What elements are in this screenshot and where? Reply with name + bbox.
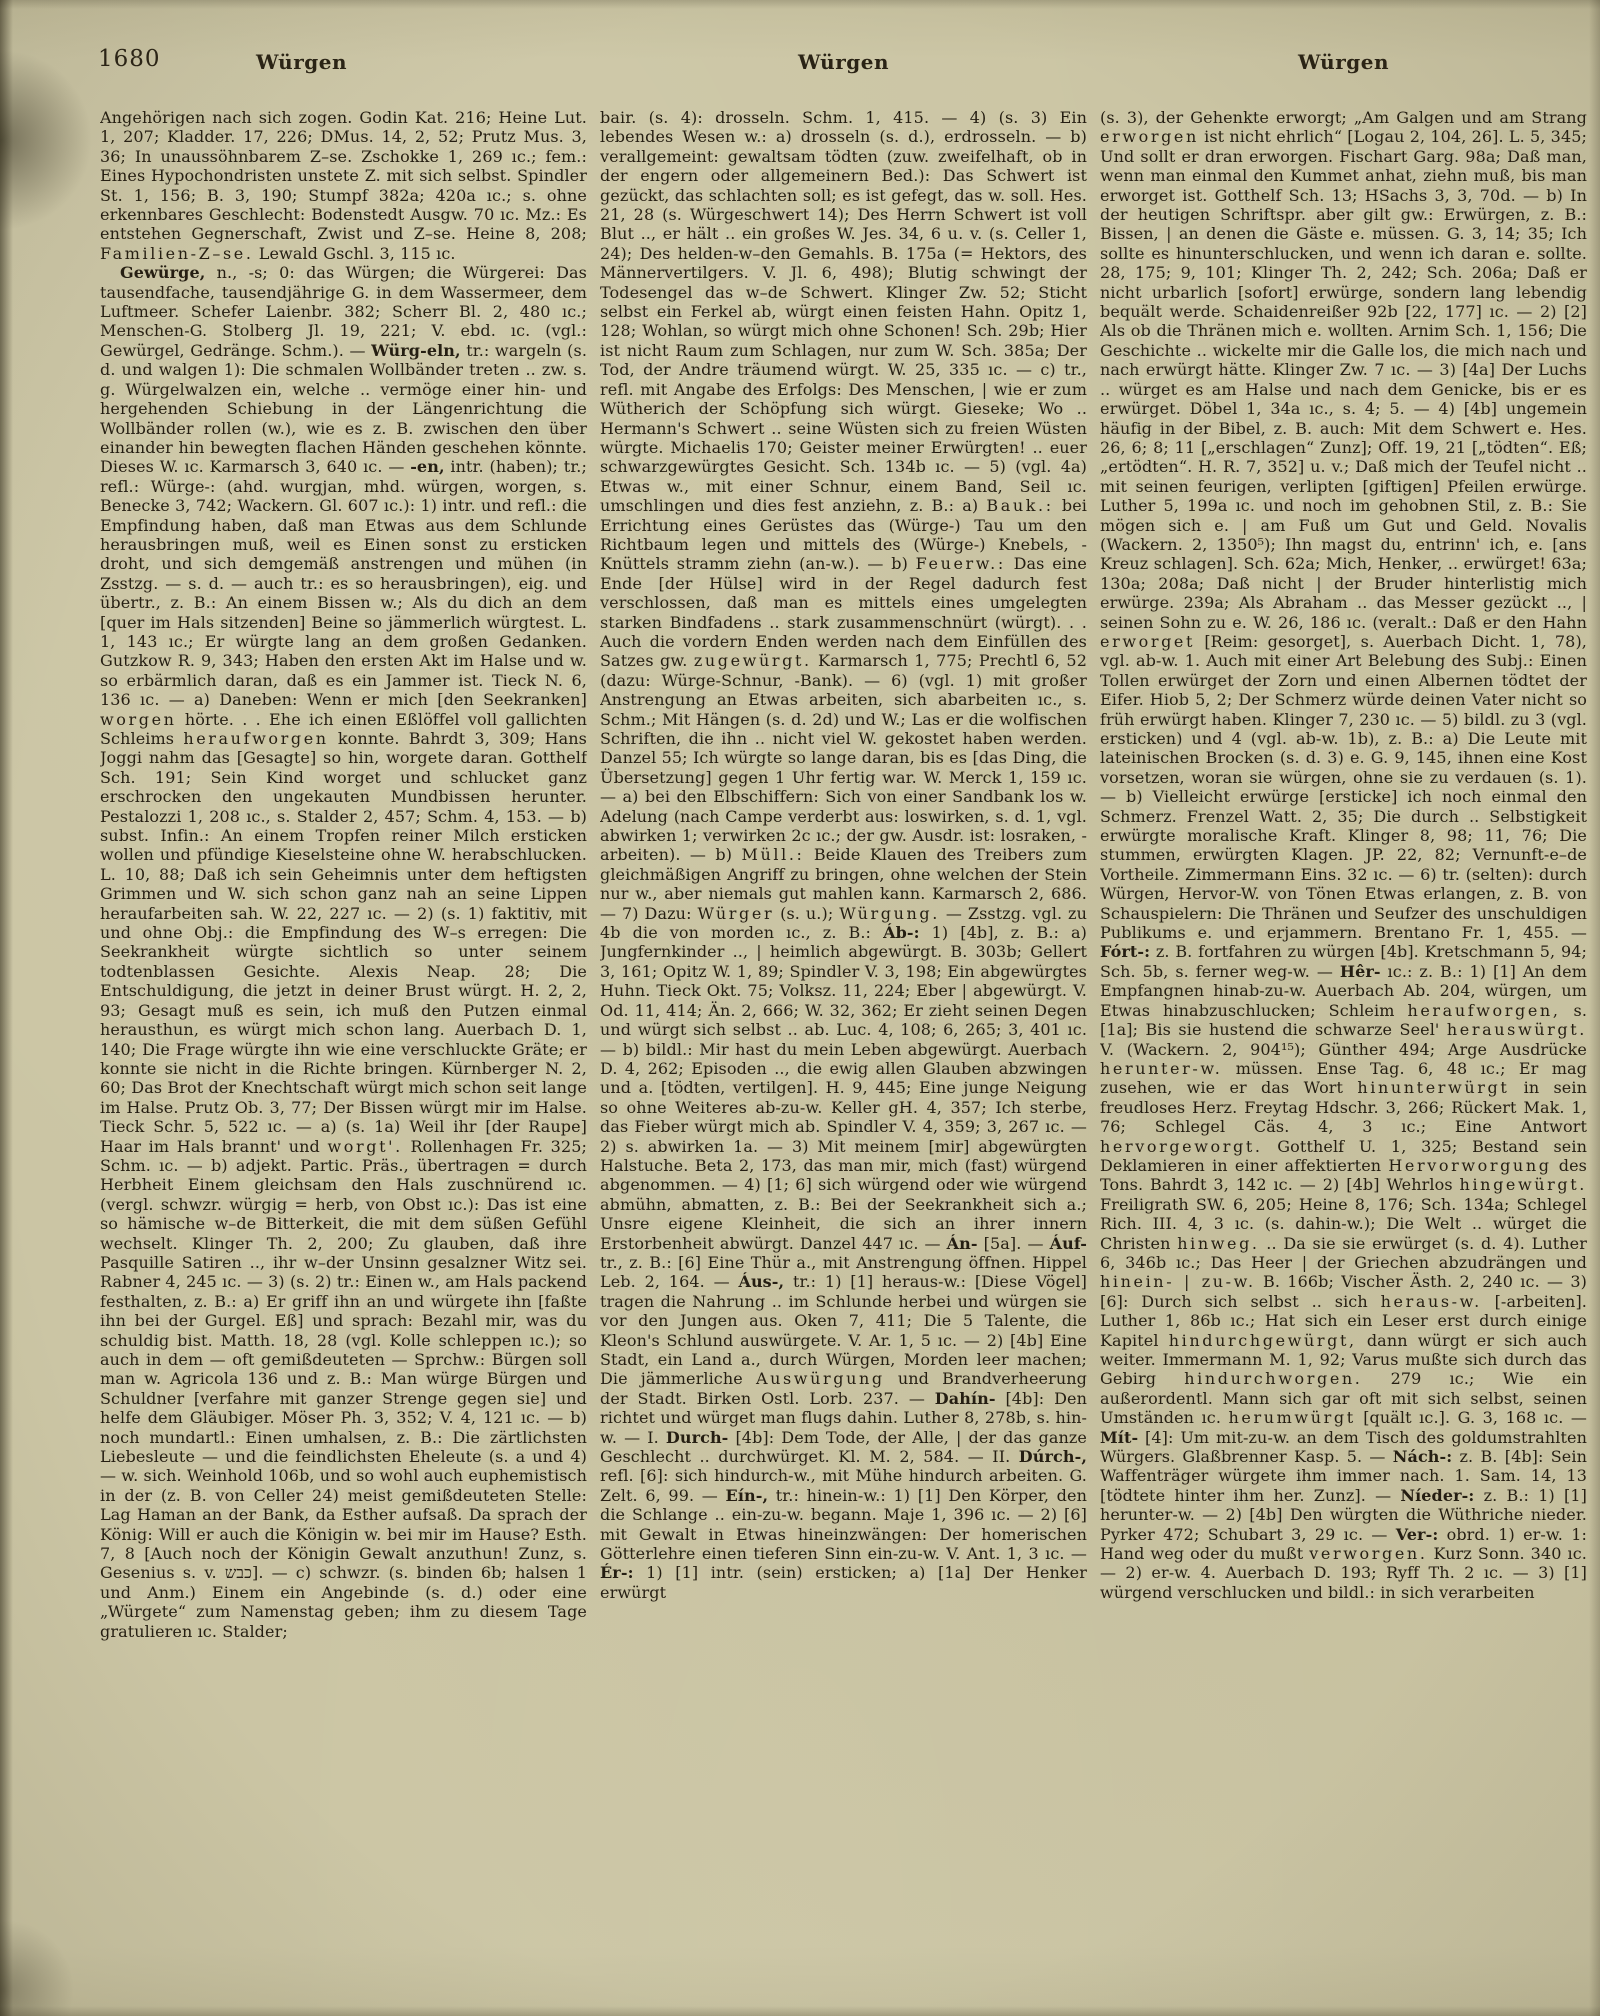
text-run: Würgung. xyxy=(839,904,940,923)
text-run: erworgen xyxy=(1100,127,1199,146)
text-run: Familien-Z–se. xyxy=(100,244,254,263)
paragraph: Gewürge, n., -s; 0: das Würgen; die Würg… xyxy=(100,263,587,1641)
entry-headword: Ver-: xyxy=(1396,1525,1439,1544)
text-run: Bauk.: xyxy=(986,496,1053,515)
text-run: hinein- | zu-w. xyxy=(1100,1272,1256,1291)
text-run: herumwürgt xyxy=(1229,1408,1356,1427)
paragraph: bair. (s. 4): drosseln. Schm. 1, 415. — … xyxy=(600,108,1087,1602)
entry-headword: Gewürge, xyxy=(120,263,205,282)
text-run: Lewald Gschl. 3, 115 ıc. xyxy=(254,244,456,263)
entry-headword: Níeder-: xyxy=(1400,1486,1474,1505)
entry-headword: Ér-: xyxy=(600,1563,634,1582)
text-run: erworget xyxy=(1100,632,1195,651)
text-run: heraufworgen xyxy=(183,729,328,748)
text-run: (s. 3), der Gehenkte erworgt; „Am Galgen… xyxy=(1100,108,1587,127)
entry-headword: Án- xyxy=(947,1234,978,1253)
text-run: heraus-w. xyxy=(1381,1292,1482,1311)
entry-headword: Áb-: xyxy=(883,923,920,942)
entry-headword: Dahín- xyxy=(935,1389,996,1408)
entry-headword: Áus-, xyxy=(738,1272,784,1291)
paragraph: (s. 3), der Gehenkte erworgt; „Am Galgen… xyxy=(1100,108,1587,1602)
entry-headword: Áuf- xyxy=(1050,1234,1087,1253)
text-run: konnte. Bahrdt 3, 309; Hans Joggi nahm d… xyxy=(100,729,587,1156)
text-run: bair. (s. 4): drosseln. Schm. 1, 415. — … xyxy=(600,108,1087,515)
entry-headword: Dúrch-, xyxy=(1019,1447,1087,1466)
text-run: hervorgeworgt. xyxy=(1100,1137,1263,1156)
text-run: Auswürgung xyxy=(756,1369,885,1388)
text-run: Rollenhagen Fr. 325; Schm. ıc. — b) adje… xyxy=(100,1137,587,1641)
entry-headword: -en, xyxy=(410,457,444,476)
text-run: Karmarsch 1, 775; Prechtl 6, 52 (dazu: W… xyxy=(600,651,1087,864)
text-run: Müll.: xyxy=(742,845,805,864)
text-run: verworgen. xyxy=(1309,1544,1427,1563)
text-columns: Angehörigen nach sich zogen. Godin Kat. … xyxy=(100,108,1587,1926)
text-run: herauswürgt. xyxy=(1447,1020,1587,1039)
text-run: hindurchworgen. xyxy=(1184,1369,1362,1388)
entry-headword: Würg-eln, xyxy=(371,341,461,360)
text-run: heraufworgen, xyxy=(1407,1001,1560,1020)
text-run: intr. (haben); tr.; refl.: Würge-: (ahd.… xyxy=(100,457,587,709)
text-run: [Reim: gesorget], s. Auerbach Dicht. 1, … xyxy=(1100,632,1587,942)
text-run: hingewürgt. xyxy=(1460,1175,1587,1194)
entry-headword: Hêr- xyxy=(1340,962,1381,981)
text-column-2: bair. (s. 4): drosseln. Schm. 1, 415. — … xyxy=(600,108,1087,1926)
text-run: zugewürgt. xyxy=(694,651,812,670)
text-run: V. (Wackern. 2, 904¹⁵); Günther 494; Arg… xyxy=(1100,1040,1587,1059)
text-run: Feuerw.: xyxy=(916,554,1006,573)
text-run: (s. u.); xyxy=(774,904,839,923)
entry-headword: Nách-: xyxy=(1393,1447,1453,1466)
text-run: tr.: wargeln (s. d. und walgen 1): Die s… xyxy=(100,341,587,476)
paragraph: Angehörigen nach sich zogen. Godin Kat. … xyxy=(100,108,587,263)
entry-headword: Mít- xyxy=(1100,1428,1138,1447)
text-run: 1) [4b], z. B.: a) Jungfernkinder .., | … xyxy=(600,923,1087,1253)
text-run: 1) [1] intr. (sein) ersticken; a) [1a] D… xyxy=(600,1563,1087,1601)
running-head-column-1: Würgen xyxy=(58,50,545,74)
entry-headword: Eín-, xyxy=(726,1486,769,1505)
entry-headword: Durch- xyxy=(666,1428,729,1447)
text-column-1: Angehörigen nach sich zogen. Godin Kat. … xyxy=(100,108,587,1926)
dictionary-page-scan: 1680 Würgen Würgen Würgen Angehörigen na… xyxy=(0,0,1600,2016)
text-run: hinweg. xyxy=(1177,1234,1259,1253)
text-run: worgt'. xyxy=(328,1137,403,1156)
text-run: hinunterwürgt xyxy=(1357,1078,1509,1097)
entry-headword: Fórt-: xyxy=(1100,942,1150,961)
text-run: worgen xyxy=(100,710,177,729)
text-run: herunter-w. xyxy=(1100,1059,1222,1078)
text-column-3: (s. 3), der Gehenkte erworgt; „Am Galgen… xyxy=(1100,108,1587,1926)
running-head-column-3: Würgen xyxy=(1100,50,1587,74)
text-run: Angehörigen nach sich zogen. Godin Kat. … xyxy=(100,108,587,243)
text-run: hindurchgewürgt, xyxy=(1169,1331,1357,1350)
text-run: ist nicht ehrlich“ [Logau 2, 104, 26]. L… xyxy=(1100,127,1587,631)
running-head-column-2: Würgen xyxy=(600,50,1087,74)
text-run: Hervorworgung xyxy=(1388,1156,1551,1175)
text-run: [5a]. — xyxy=(978,1234,1050,1253)
text-run: Würger xyxy=(697,904,774,923)
text-run: [quält ıc.]. G. 3, 168 ıc. — xyxy=(1356,1408,1587,1427)
